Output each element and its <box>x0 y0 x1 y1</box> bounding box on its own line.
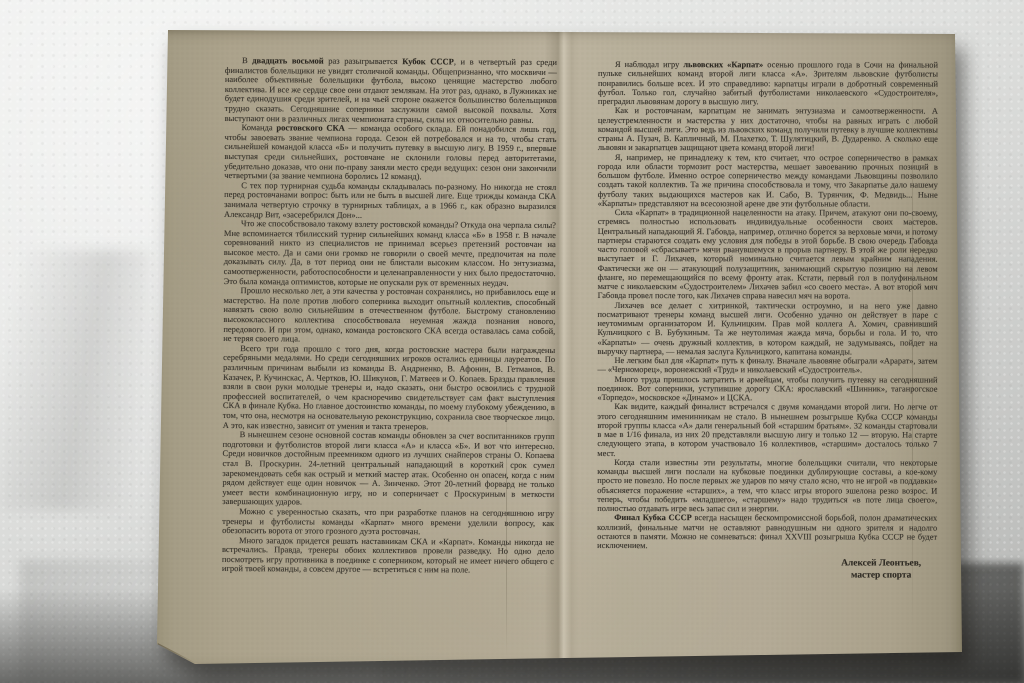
booklet: В двадцать восьмой раз разыгрывается Куб… <box>140 26 968 676</box>
background-shadow-streak <box>0 250 150 510</box>
page-edge-shading <box>140 26 968 676</box>
booklet-wrap: В двадцать восьмой раз разыгрывается Куб… <box>140 26 968 676</box>
photo-scene: В двадцать восьмой раз разыгрывается Куб… <box>0 0 1024 683</box>
